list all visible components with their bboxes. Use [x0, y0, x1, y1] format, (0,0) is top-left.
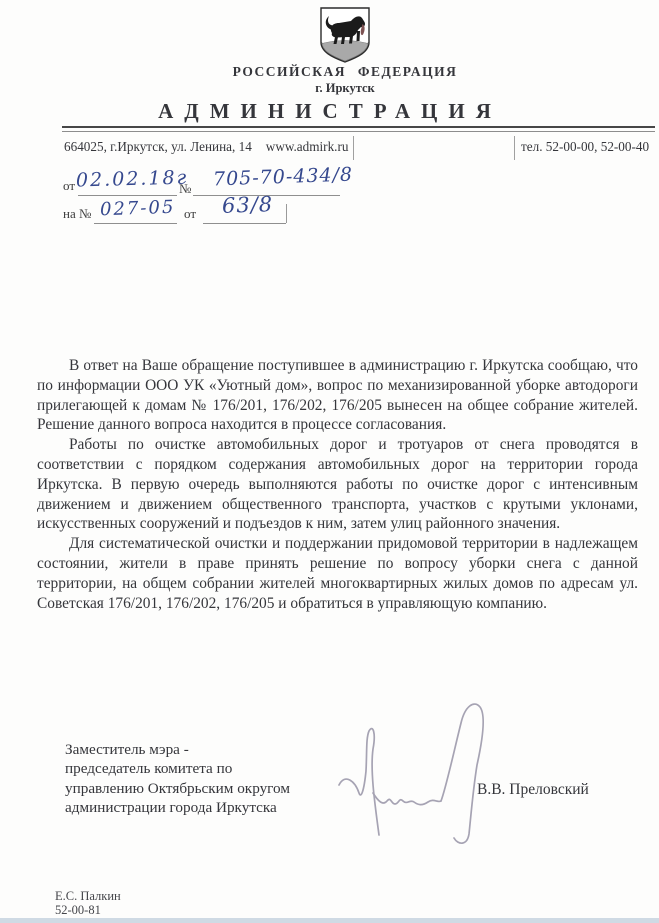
- executor-block: Е.С. Палкин 52-00-81: [55, 889, 121, 917]
- handwritten-incoming-date: 63/8: [222, 192, 274, 218]
- paragraph: Для систематической очистки и поддержани…: [37, 534, 638, 613]
- position-line: Заместитель мэра -: [65, 740, 290, 759]
- header-city: г. Иркутск: [30, 81, 659, 96]
- letter-page: РОССИЙСКАЯ ФЕДЕРАЦИЯ г. Иркутск АДМИНИСТ…: [0, 0, 659, 923]
- handwritten-incoming-number: 027-05: [100, 197, 176, 221]
- ref-from-label: от: [63, 178, 75, 194]
- org-phone: тел. 52-00-00, 52-00-40: [521, 139, 649, 155]
- handwritten-date: 02.02.18г: [76, 167, 189, 192]
- signer-name: В.В. Преловский: [477, 781, 589, 799]
- header-rule: [62, 126, 655, 132]
- scan-edge-artifact: [0, 918, 659, 923]
- irkutsk-coat-of-arms-icon: [318, 6, 372, 64]
- org-title: АДМИНИСТРАЦИЯ: [15, 99, 645, 124]
- signer-position: Заместитель мэра - председатель комитета…: [65, 740, 290, 818]
- handwritten-outgoing-number: 705-70-434/8: [213, 164, 354, 191]
- address-text: 664025, г.Иркутск, ул. Ленина, 14: [64, 139, 252, 154]
- position-line: председатель комитета по: [65, 759, 290, 778]
- position-line: администрации города Иркутска: [65, 798, 290, 817]
- executor-name: Е.С. Палкин: [55, 889, 121, 903]
- ref-on-number-label: на №: [63, 206, 91, 222]
- position-line: управлению Октябрьским округом: [65, 779, 290, 798]
- executor-phone: 52-00-81: [55, 903, 121, 917]
- ref-date-line: [78, 194, 177, 196]
- paragraph: Работы по очистке автомобильных дорог и …: [37, 435, 638, 534]
- paragraph: В ответ на Ваше обращение поступившее в …: [37, 356, 638, 435]
- ref-on-from-line: [203, 222, 286, 224]
- ref-line-tick: [286, 204, 287, 223]
- header-country: РОССИЙСКАЯ ФЕДЕРАЦИЯ: [30, 64, 659, 80]
- website-link[interactable]: www.admirk.ru: [266, 139, 349, 155]
- handwritten-signature: [333, 693, 503, 858]
- ref-on-from-label: от: [184, 206, 196, 222]
- contact-row: 664025, г.Иркутск, ул. Ленина, 14www.adm…: [0, 139, 659, 161]
- org-address: 664025, г.Иркутск, ул. Ленина, 14www.adm…: [64, 139, 348, 155]
- letter-body: В ответ на Ваше обращение поступившее в …: [37, 356, 638, 613]
- divider-line: [514, 136, 515, 160]
- ref-on-number-line: [94, 222, 177, 224]
- divider-line: [353, 136, 354, 160]
